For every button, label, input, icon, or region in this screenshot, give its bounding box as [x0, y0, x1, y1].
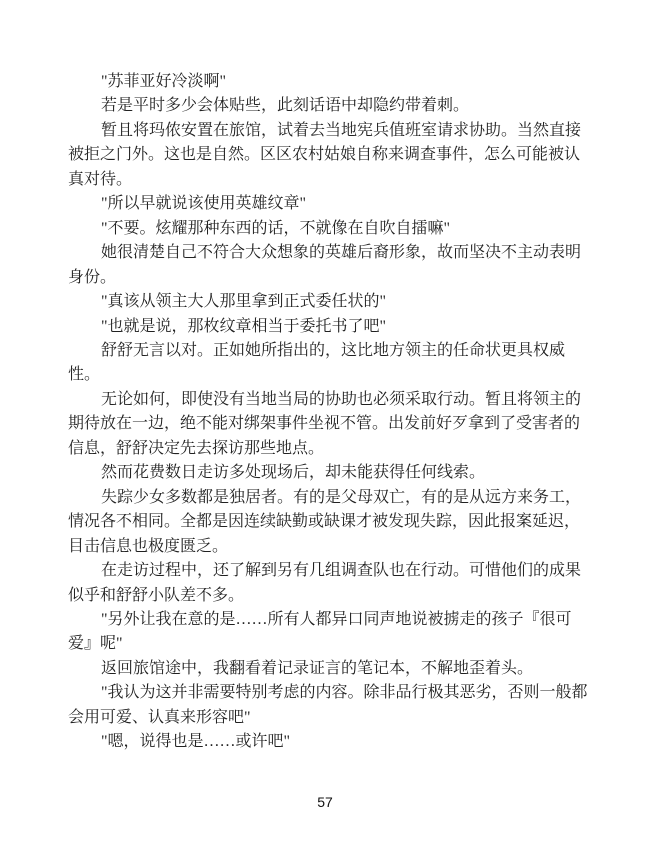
text-line: "也就是说，那枚纹章相当于委托书了吧"	[68, 315, 584, 339]
text-line: "所以早就说该使用英雄纹章"	[68, 192, 584, 216]
text-line: 失踪少女多数都是独居者。有的是父母双亡，有的是从远方来务工，	[68, 486, 584, 510]
text-line: "不要。炫耀那种东西的话，不就像在自吹自擂嘛"	[68, 217, 584, 241]
document-page: "苏菲亚好冷淡啊"若是平时多少会体贴些，此刻话语中却隐约带着刺。暂且将玛侬安置在…	[0, 0, 650, 850]
text-line: 目击信息也极度匮乏。	[68, 535, 584, 559]
text-line: 返回旅馆途中，我翻看着记录证言的笔记本，不解地歪着头。	[68, 657, 584, 681]
text-line: 真对待。	[68, 168, 584, 192]
text-line: 性。	[68, 363, 584, 387]
text-line: "真该从领主大人那里拿到正式委任状的"	[68, 290, 584, 314]
text-line: 似乎和舒舒小队差不多。	[68, 584, 584, 608]
text-line: 在走访过程中，还了解到另有几组调查队也在行动。可惜他们的成果	[68, 559, 584, 583]
text-line: 情况各不相同。全都是因连续缺勤或缺课才被发现失踪，因此报案延迟，	[68, 510, 584, 534]
text-line: "我认为这并非需要特别考虑的内容。除非品行极其恶劣，否则一般都	[68, 681, 584, 705]
text-line: 爱』呢"	[68, 632, 584, 656]
text-line: "苏菲亚好冷淡啊"	[68, 70, 584, 94]
text-line: 她很清楚自己不符合大众想象的英雄后裔形象，故而坚决不主动表明	[68, 241, 584, 265]
text-line: "嗯，说得也是……或许吧"	[68, 730, 584, 754]
body-text: "苏菲亚好冷淡啊"若是平时多少会体贴些，此刻话语中却隐约带着刺。暂且将玛侬安置在…	[68, 70, 584, 755]
text-line: 舒舒无言以对。正如她所指出的，这比地方领主的任命状更具权威	[68, 339, 584, 363]
text-line: 然而花费数日走访多处现场后，却未能获得任何线索。	[68, 461, 584, 485]
page-number: 57	[0, 794, 650, 810]
text-line: 被拒之门外。这也是自然。区区农村姑娘自称来调查事件，怎么可能被认	[68, 143, 584, 167]
text-line: "另外让我在意的是……所有人都异口同声地说被掳走的孩子『很可	[68, 608, 584, 632]
text-line: 身份。	[68, 266, 584, 290]
text-line: 会用可爱、认真来形容吧"	[68, 706, 584, 730]
text-line: 暂且将玛侬安置在旅馆，试着去当地宪兵值班室请求协助。当然直接	[68, 119, 584, 143]
text-line: 期待放在一边，绝不能对绑架事件坐视不管。出发前好歹拿到了受害者的	[68, 412, 584, 436]
text-line: 信息，舒舒决定先去探访那些地点。	[68, 437, 584, 461]
text-line: 若是平时多少会体贴些，此刻话语中却隐约带着刺。	[68, 94, 584, 118]
text-line: 无论如何，即使没有当地当局的协助也必须采取行动。暂且将领主的	[68, 388, 584, 412]
